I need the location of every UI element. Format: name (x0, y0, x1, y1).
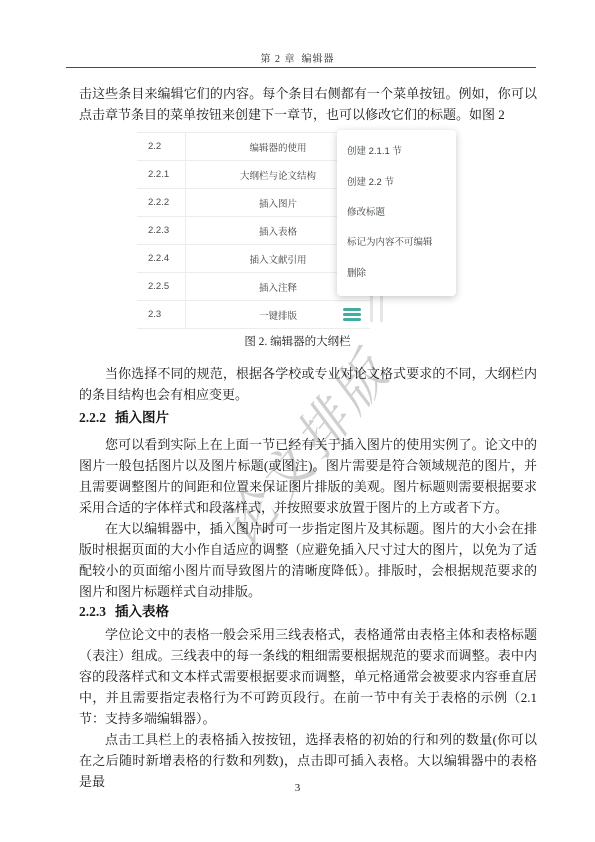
section-title: 插入表格 (115, 600, 169, 620)
outline-row-number: 2.2.1 (137, 161, 186, 188)
paragraph-intro: 击这些条目来编辑它们的内容。每个条目右侧都有一个菜单按钮。例如，你可以点击章节条… (79, 83, 537, 125)
menu-item-create-section: 创建 2.2 节 (347, 177, 456, 189)
list-icon (343, 308, 361, 321)
paragraph: 在大以编辑器中，插入图片时可一步指定图片及其标题。图片的大小会在排版时根据页面的… (79, 518, 537, 602)
section-heading-223: 2.2.3 插入表格 (79, 600, 169, 620)
outline-row-number: 2.3 (137, 301, 186, 328)
section-number: 2.2.3 (79, 604, 106, 620)
outline-row: 2.2.4 插入文献引用 (137, 245, 370, 273)
menu-item-create-subsection: 创建 2.1.1 节 (347, 146, 456, 158)
outline-row: 2.2.2 插入图片 (137, 189, 370, 217)
outline-row-number: 2.2.3 (137, 217, 186, 244)
page-header: 第 2 章 编辑器 (0, 50, 595, 65)
figure-outline-screenshot: 2.2 编辑器的使用 2.2.1 大纲栏与论文结构 2.2.2 插入图片 2.2… (137, 132, 457, 326)
menu-item-mark-uneditable: 标记为内容不可编辑 (347, 237, 456, 249)
paragraph: 当你选择不同的规范，根据各学校或专业对论文格式要求的不同，大纲栏内的条目结构也会… (79, 363, 537, 405)
outline-row: 2.2.1 大纲栏与论文结构 (137, 161, 370, 189)
outline-row: 2.3 一键排版 (137, 301, 370, 329)
menu-item-edit-title: 修改标题 (347, 207, 456, 219)
outline-row: 2.2.5 插入注释 (137, 273, 370, 301)
section-heading-222: 2.2.2 插入图片 (79, 406, 169, 426)
outline-row: 2.2 编辑器的使用 (137, 133, 370, 161)
outline-row-number: 2.2.2 (137, 189, 186, 216)
figure-caption: 图 2. 编辑器的大纲栏 (0, 333, 595, 349)
outline-panel: 2.2 编辑器的使用 2.2.1 大纲栏与论文结构 2.2.2 插入图片 2.2… (137, 132, 370, 329)
outline-row-number: 2.2.4 (137, 245, 186, 272)
outline-row: 2.2.3 插入表格 (137, 217, 370, 245)
paragraph: 您可以看到实际上在上面一节已经有关于插入图片的使用实例了。论文中的图片一般包括图… (79, 434, 537, 518)
paragraph: 学位论文中的表格一般会采用三线表格式，表格通常由表格主体和表格标题（表注）组成。… (79, 624, 537, 729)
page-number: 3 (0, 782, 595, 794)
outline-row-number: 2.2 (137, 133, 186, 160)
section-title: 插入图片 (115, 406, 169, 426)
document-page: 第 2 章 编辑器 论文排版 击这些条目来编辑它们的内容。每个条目右侧都有一个菜… (0, 0, 595, 842)
menu-item-delete: 删除 (347, 268, 456, 280)
context-menu: 创建 2.1.1 节 创建 2.2 节 修改标题 标记为内容不可编辑 删除 (337, 130, 456, 296)
section-number: 2.2.2 (79, 410, 106, 426)
outline-row-number: 2.2.5 (137, 273, 186, 300)
header-rule (66, 67, 536, 68)
